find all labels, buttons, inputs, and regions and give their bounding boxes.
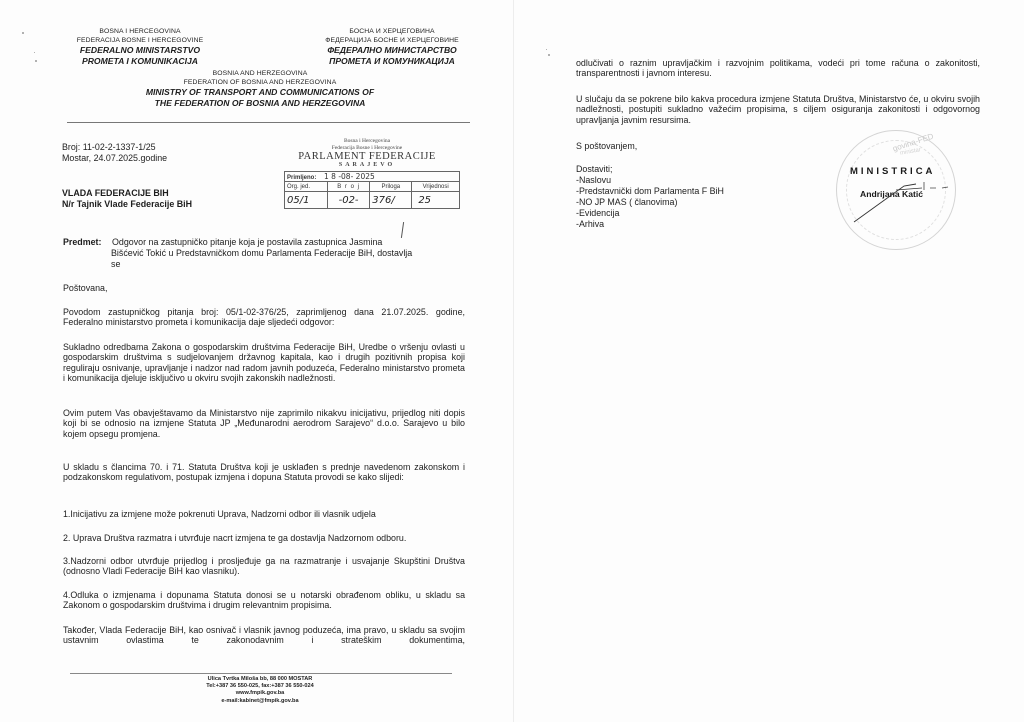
stamp-value-org: 05/1 [285,192,328,209]
letterhead-federation-cyr: ФЕДЕРАЦИЈА БОСНЕ И ХЕРЦЕГОВИНЕ [322,36,462,45]
closing: S poštovanjem, [576,141,637,151]
parliament-received-stamp: Bosna i Hercegovina Federacija Bosne i H… [284,138,474,209]
list-item-2: 2. Uprava Društva razmatra i utvrđuje na… [63,533,406,543]
letterhead-ministry-line2-en: THE FEDERATION OF BOSNIA AND HERZEGOVINA [120,98,400,109]
page2-paragraph-2: U slučaju da se pokrene bilo kakva proce… [576,94,980,125]
stamp-value-attachments: 376/ [370,192,412,209]
stamp-header-number: B r o j [327,182,369,192]
scan-speck [546,49,547,50]
stamp-value-value: 25 [412,192,460,209]
footer-email: e-mail:kabinet@fmpik.gov.ba [160,698,360,705]
subject-line1: Odgovor na zastupničko pitanje koja je p… [112,237,382,247]
stamp-received-date: 1 8 -08- 2025 [324,172,375,181]
footer-phone: Tel:+387 36 550-025, fax:+387 36 550-024 [160,683,360,690]
subject-line2: Bišćević Tokić u Predstavničkom domu Par… [111,248,412,258]
document-page-1: BOSNA I HERCEGOVINA FEDERACIJA BOSNE I H… [0,0,513,722]
letterhead-ministry-line2: PROMETA I KOMUNIKACIJA [60,56,220,67]
body-paragraph-1: Povodom zastupničkog pitanja broj: 05/1-… [63,307,465,328]
stamp-value-number: -02- [327,192,369,209]
list-item-4: 4.Odluka o izmjenama i dopunama Statuta … [63,590,465,611]
reference-place-date: Mostar, 24.07.2025.godine [62,153,167,163]
document-page-2: odlučivati o raznim upravljačkim i razvo… [514,0,1024,722]
reference-number: Broj: 11-02-2-1337-1/25 [62,142,156,152]
letterhead-ministry-line2-cyr: ПРОМЕТА И КОМУНИКАЦИЈА [322,56,462,67]
letterhead-ministry-line1-en: MINISTRY OF TRANSPORT AND COMMUNICATIONS… [120,87,400,98]
letterhead-federation: FEDERACIJA BOSNE I HERCEGOVINE [60,36,220,45]
stamp-header-attachments: Priloga [370,182,412,192]
list-item-3: 3.Nadzorni odbor utvrđuje prijedlog i pr… [63,556,465,577]
scan-speck [22,32,24,34]
distribution-item: -NO JP MAS ( članovima) [576,197,677,207]
distribution-label: Dostaviti; [576,164,613,174]
distribution-item: -Naslovu [576,175,611,185]
subject-line3: se [111,259,120,269]
stamp-title: PARLAMENT FEDERACIJE [292,151,442,162]
recipient-line2: N/r Tajnik Vlade Federacije BiH [62,199,192,209]
letterhead-country-en: BOSNIA AND HERZEGOVINA [120,69,400,78]
letterhead-federation-en: FEDERATION OF BOSNIA AND HERZEGOVINA [120,78,400,87]
stamp-header-org: Org. jed. [285,182,328,192]
recipient-line1: VLADA FEDERACIJE BIH [62,188,169,198]
salutation: Poštovana, [63,283,107,293]
footer-rule [70,673,452,674]
letterhead-ministry-line1: FEDERALNO MINISTARSTVO [60,45,220,56]
letterhead-latin: BOSNA I HERCEGOVINA FEDERACIJA BOSNE I H… [60,27,220,66]
letterhead-country: BOSNA I HERCEGOVINA [60,27,220,36]
body-paragraph-2: Sukladno odredbama Zakona o gospodarskim… [63,342,465,383]
letterhead-cyrillic: БОСНА И ХЕРЦЕГОВИНА ФЕДЕРАЦИЈА БОСНЕ И Х… [322,27,462,66]
letterhead-english: BOSNIA AND HERZEGOVINA FEDERATION OF BOS… [120,69,400,108]
footer-address: Ulica Tvrtka Miloša bb, 88 000 MOSTAR [160,676,360,683]
stamp-pen-stroke [401,222,404,238]
scan-speck [35,60,37,62]
body-paragraph-3: Ovim putem Vas obavještavamo da Ministar… [63,408,465,439]
list-item-1: 1.Inicijativu za izmjene može pokrenuti … [63,509,376,519]
scan-speck [34,52,35,53]
stamp-header-value: Vrijednosi [412,182,460,192]
letterhead-country-cyr: БОСНА И ХЕРЦЕГОВИНА [322,27,462,36]
footer: Ulica Tvrtka Miloša bb, 88 000 MOSTAR Te… [160,676,360,705]
stamp-city: SARAJEVO [292,162,442,169]
header-rule [67,122,470,123]
subject-label: Predmet: [63,237,101,247]
body-paragraph-5: Također, Vlada Federacije BiH, kao osniv… [63,625,465,646]
stamp-received-label: Primljeno: [287,175,316,181]
scan-speck [548,54,550,56]
distribution-item: -Evidencija [576,208,619,218]
stamp-registry-table: Primljeno: 1 8 -08- 2025 Org. jed. B r o… [284,171,460,209]
handwritten-signature-icon [844,172,954,232]
distribution-item: -Arhiva [576,219,604,229]
distribution-item: -Predstavnički dom Parlamenta F BiH [576,186,724,196]
footer-web: www.fmpik.gov.ba [160,690,360,697]
body-paragraph-4: U skladu s člancima 70. i 71. Statuta Dr… [63,462,465,483]
letterhead-ministry-line1-cyr: ФЕДЕРАЛНО МИНИСТАРСТВО [322,45,462,56]
page2-paragraph-1: odlučivati o raznim upravljačkim i razvo… [576,58,980,79]
